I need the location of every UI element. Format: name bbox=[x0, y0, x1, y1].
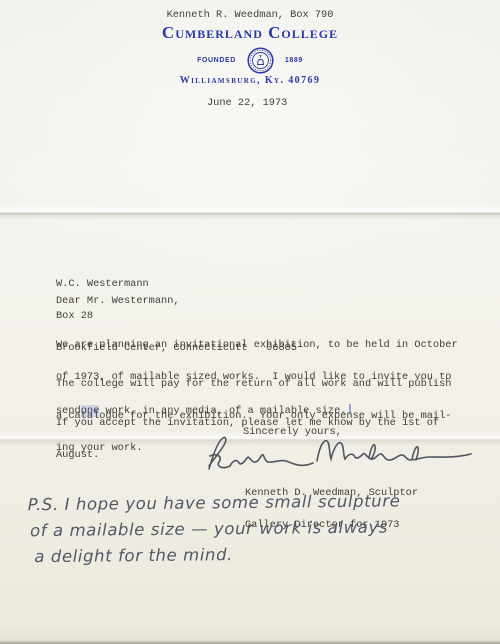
founded-label: FOUNDED bbox=[197, 57, 236, 64]
date-line: June 22, 1973 bbox=[207, 98, 287, 109]
letter-scan: Kenneth R. Weedman, Box 790 Cumberland C… bbox=[0, 0, 500, 644]
body-line: The college will pay for the return of a… bbox=[56, 379, 451, 390]
postscript: P.S. I hope you have some small sculptur… bbox=[28, 488, 459, 570]
letterhead-city-line: Williamsburg, Ky. 40769 bbox=[0, 75, 500, 86]
founded-year: 1889 bbox=[285, 57, 303, 64]
college-name: Cumberland College bbox=[0, 23, 500, 43]
scan-bottom-edge bbox=[0, 640, 500, 644]
salutation: Dear Mr. Westermann, bbox=[56, 296, 180, 307]
sender-line: Kenneth R. Weedman, Box 790 bbox=[0, 10, 500, 21]
letterhead-founded-row: FOUNDED 1889 bbox=[0, 46, 500, 74]
body-line: We are planning an invitational exhibiti… bbox=[56, 340, 458, 351]
postscript-line: a delight for the mind. bbox=[28, 540, 458, 571]
fold-crease-upper bbox=[0, 205, 500, 221]
recipient-line: W.C. Westermann bbox=[56, 279, 297, 290]
college-seal-icon bbox=[247, 47, 274, 74]
postscript-line: P.S. I hope you have some small sculptur… bbox=[28, 488, 458, 519]
